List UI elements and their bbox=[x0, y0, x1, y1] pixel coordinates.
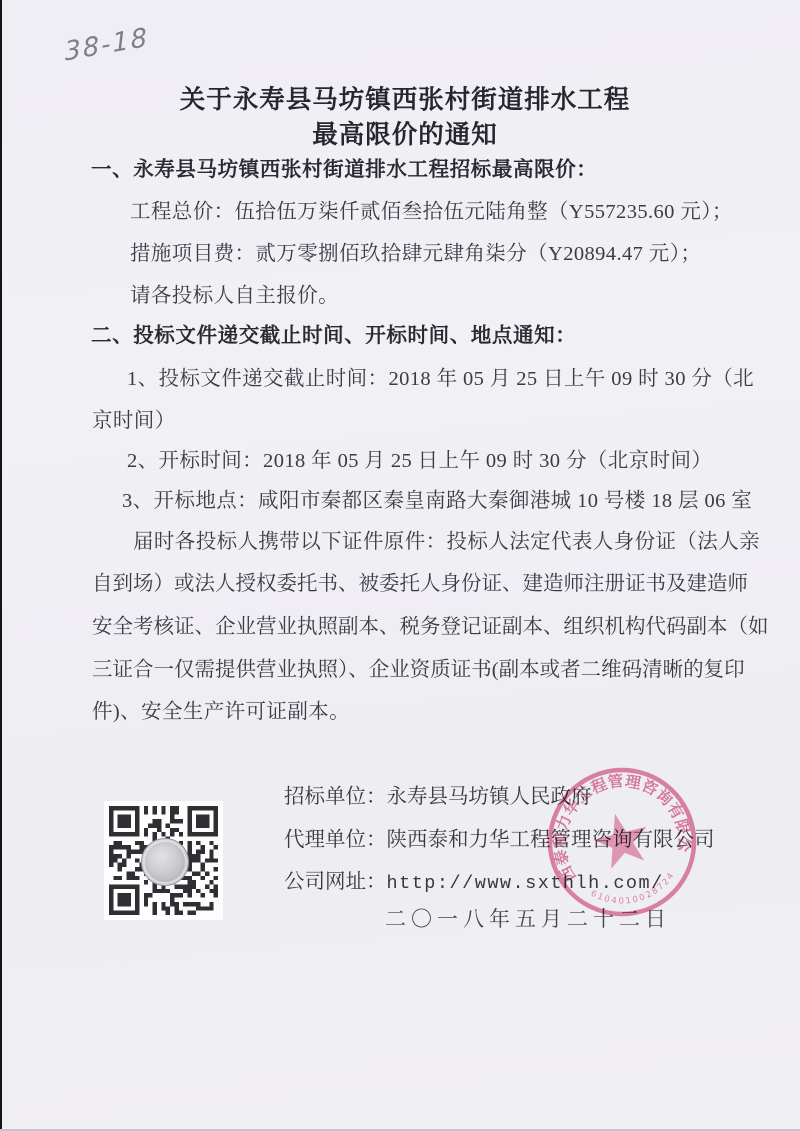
documents-required-line-5: 件)、安全生产许可证副本。 bbox=[92, 698, 350, 726]
website-label: 公司网址： bbox=[284, 871, 387, 893]
document-title-line-2: 最高限价的通知 bbox=[10, 115, 800, 151]
agency-unit-line: 代理单位：陕西泰和力华工程管理咨询有限公司 bbox=[284, 822, 715, 852]
project-total-price-line: 工程总价：伍拾伍万柒仟贰佰叁拾伍元陆角整（Y557235.60 元）； bbox=[130, 198, 733, 226]
qr-code-image bbox=[104, 801, 223, 920]
website-url: http://www.sxthlh.com/ bbox=[387, 873, 664, 894]
bid-opening-place-line: 3、开标地点：咸阳市秦都区秦皇南路大秦御港城 10 号楼 18 层 06 室 bbox=[122, 487, 752, 515]
website-line: 公司网址：http://www.sxthlh.com/ bbox=[284, 864, 664, 894]
section2-heading: 二、投标文件递交截止时间、开标时间、地点通知： bbox=[91, 322, 576, 350]
bid-opening-time-line: 2、开标时间：2018 年 05 月 25 日上午 09 时 30 分（北京时间… bbox=[127, 447, 712, 475]
tender-unit-line: 招标单位：永寿县马坊镇人民政府 bbox=[284, 779, 592, 809]
documents-required-line-2: 自到场）或法人授权委托书、被委托人身份证、建造师注册证书及建造师 bbox=[92, 570, 714, 598]
agency-unit-label: 代理单位： bbox=[284, 829, 387, 851]
deadline-line-part1: 1、投标文件递交截止时间：2018 年 05 月 25 日上午 09 时 30 … bbox=[127, 365, 754, 393]
scan-left-edge bbox=[0, 0, 2, 1131]
tender-unit-value: 永寿县马坊镇人民政府 bbox=[387, 786, 592, 808]
documents-required-line-4: 三证合一仅需提供营业执照）、企业资质证书(副本或者二维码清晰的复印 bbox=[92, 656, 714, 684]
handwritten-page-number: 38-18 bbox=[64, 23, 150, 68]
measure-item-fee-line: 措施项目费：贰万零捌佰玖拾肆元肆角柒分（Y20894.47 元）； bbox=[130, 240, 701, 268]
qr-center-coin-emblem bbox=[141, 838, 189, 886]
agency-unit-value: 陕西泰和力华工程管理咨询有限公司 bbox=[387, 829, 715, 851]
deadline-line-part2: 京时间） bbox=[92, 407, 176, 435]
section1-heading: 一、永寿县马坊镇西张村街道排水工程招标最高限价： bbox=[91, 156, 597, 184]
tender-unit-label: 招标单位： bbox=[284, 786, 387, 808]
scanned-notice-document: 38-18 关于永寿县马坊镇西张村街道排水工程 最高限价的通知 一、永寿县马坊镇… bbox=[0, 0, 800, 1131]
document-title-line-1: 关于永寿县马坊镇西张村街道排水工程 bbox=[10, 80, 800, 116]
documents-required-line-1: 届时各投标人携带以下证件原件：投标人法定代表人身份证（法人亲 bbox=[133, 528, 760, 556]
documents-required-line-3: 安全考核证、企业营业执照副本、税务登记证副本、组织机构代码副本（如 bbox=[92, 613, 714, 641]
bidder-quote-line: 请各投标人自主报价。 bbox=[130, 282, 339, 310]
document-date: 二〇一八年五月二十二日 bbox=[385, 903, 671, 933]
